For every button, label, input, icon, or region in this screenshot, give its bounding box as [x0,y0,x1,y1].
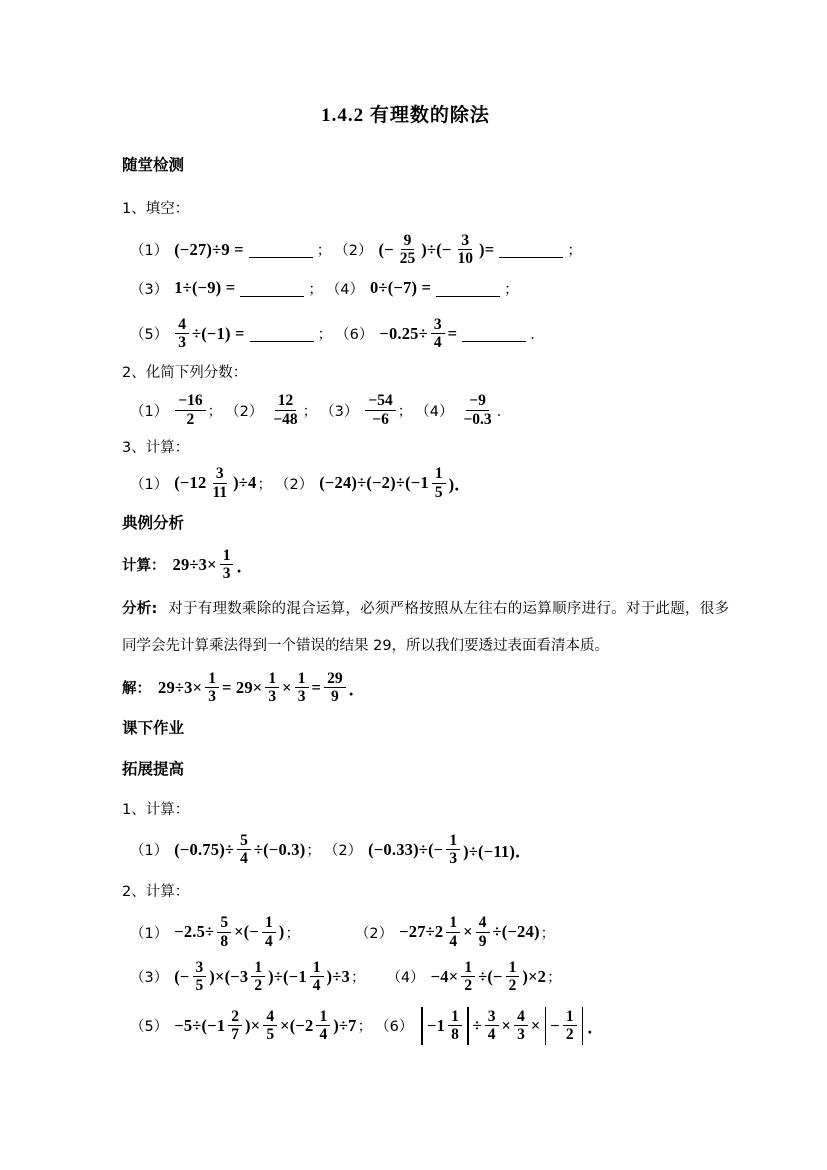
math-text: )× [245,1016,260,1036]
math-text: = 29× [222,678,262,698]
section-homework: 课下作业 [122,716,729,738]
q3-row-1: （1）(−12311)÷4；（2）(−24)÷(−2)÷(−115)． [122,465,729,501]
fraction-numerator: 1 [316,1008,330,1026]
text: ； [541,922,556,943]
fraction-denominator: 9 [328,688,342,705]
text: ； [208,400,223,421]
math-text: ． [236,553,253,577]
text: ； [547,966,562,987]
fraction: 12 [461,959,475,995]
fraction-denominator: 8 [448,1026,462,1043]
math-text: −0.25÷ [379,324,428,344]
q1-row-3: （5）43÷(−1) =；（6）−0.25÷34=． [122,316,729,352]
item-number: （3） [320,400,358,421]
hw2-row-1: （1）−2.5÷58×(−14)；（2）−27÷214×49÷(−24)； [122,914,729,950]
text: ； [308,278,323,299]
answer-blank [250,341,314,342]
fraction-numerator: 3 [458,232,472,250]
fraction-numerator: 1 [265,670,279,688]
item-number: （2） [225,400,263,421]
answer-blank [499,257,563,258]
item-number: （5） [130,1015,168,1036]
fraction-denominator: 4 [310,977,324,994]
fraction-numerator: 12 [275,392,297,410]
q3-label: 3、计算： [122,436,729,457]
fraction-denominator: 4 [485,1026,499,1043]
item-number: （2） [275,473,313,494]
item-number: （2） [324,839,362,860]
fraction-denominator: 3 [265,688,279,705]
math-text: 0÷(−7) = [370,278,431,298]
fraction: 13 [446,832,460,868]
fraction-denominator: 10 [455,250,477,267]
item-number: （5） [130,323,168,344]
fraction-numerator: 1 [432,465,446,483]
math-text: (−24)÷(−2)÷(−1 [319,473,429,493]
math-text: −5÷(−1 [174,1016,225,1036]
item-number: （3） [130,966,168,987]
math-text: )×(−3 [209,967,248,987]
fraction: 43 [175,316,189,352]
math-text: )÷(−11)． [463,838,532,862]
item-number: （1） [130,239,168,260]
fraction: 43 [514,1008,528,1044]
fraction-numerator: 3 [431,316,445,334]
fraction: 925 [397,232,419,268]
math-text: = [448,324,458,344]
math-text: ． [349,676,366,700]
absolute-value-bar [582,1007,584,1045]
absolute-value-bar [421,1007,423,1045]
fraction-numerator: 5 [217,914,231,932]
item-number: （6） [375,1015,413,1036]
text: ； [317,239,332,260]
fraction: 13 [220,547,234,583]
fraction-numerator: 1 [295,670,309,688]
fraction: 13 [205,670,219,706]
text: ； [351,966,366,987]
fraction-numerator: 29 [324,670,346,688]
example-solution: 解：29÷3×13= 29×13×13=299． [122,670,729,706]
hw1-row-1: （1）(−0.75)÷54÷(−0.3)；（2）(−0.33)÷(−13)÷(−… [122,832,729,868]
fraction-numerator: 3 [193,959,207,977]
math-text: ÷(−1) = [192,324,245,344]
fraction: 54 [237,832,251,868]
fraction: 27 [228,1008,242,1044]
fraction: 34 [431,316,445,352]
fraction-numerator: 9 [401,232,415,250]
math-text: ÷(−24) [493,922,540,942]
answer-blank [249,257,313,258]
fraction-denominator: 9 [476,933,490,950]
item-number: （1） [130,400,168,421]
fraction-numerator: −54 [365,392,395,410]
fraction-numerator: 3 [485,1008,499,1026]
example-analysis: 分析: 对于有理数乘除的混合运算，必须严格按照从左往右的运算顺序进行。对于此题，… [122,591,729,666]
item-number: （2） [334,239,372,260]
math-text: )÷7 [333,1016,356,1036]
item-number: （1） [130,839,168,860]
fraction: 45 [263,1008,277,1044]
fraction: 14 [310,959,324,995]
fraction: 13 [295,670,309,706]
fraction-denominator: 4 [237,850,251,867]
item-number: （6） [335,323,373,344]
fraction-denominator: −48 [270,411,300,428]
fraction-numerator: 1 [506,959,520,977]
fraction-denominator: 2 [506,977,520,994]
hw1-label: 1、计算： [122,798,729,819]
fraction-numerator: 1 [446,832,460,850]
fraction: −162 [175,392,205,428]
fraction-denominator: 4 [431,334,445,351]
fraction-denominator: 3 [205,688,219,705]
text: ； [358,1015,373,1036]
fraction-denominator: 5 [432,484,446,501]
answer-blank [240,296,304,297]
line-lead-label: 解： [122,677,151,698]
fraction-numerator: 1 [461,959,475,977]
fraction: −54−6 [365,392,395,428]
text: ． [530,323,545,344]
hw2-row-2: （3）(−35)×(−312)÷(−114)÷3；（4）−4×12÷(−12)×… [122,959,729,995]
example-problem: 计算：29÷3×13． [122,547,729,583]
math-text: )÷3 [327,967,350,987]
item-number: （4） [326,278,364,299]
fraction-denominator: 3 [514,1026,528,1043]
fraction-numerator: 3 [213,465,227,483]
fraction: 49 [476,914,490,950]
fraction-denominator: 3 [446,850,460,867]
fraction-numerator: 2 [228,1008,242,1026]
line-lead-label: 分析: [122,601,157,617]
math-text: × [282,678,292,698]
fraction-denominator: 3 [175,334,189,351]
fraction-numerator: 1 [262,914,276,932]
fraction: 18 [448,1008,462,1044]
fraction: 35 [193,959,207,995]
fraction: 14 [446,914,460,950]
math-text: )= [479,240,494,260]
math-text: −2.5÷ [174,922,214,942]
answer-blank [436,296,500,297]
fraction-numerator: −9 [466,392,489,410]
q2-label: 2、化简下列分数： [122,361,729,382]
math-text: 1÷(−9) = [174,278,235,298]
item-number: （2） [355,922,393,943]
fraction-denominator: 7 [228,1026,242,1043]
text: ； [567,239,582,260]
fraction: 299 [324,670,346,706]
q2-row-1: （1）−162；（2）12−48；（3）−54−6；（4）−9−0.3． [122,392,729,428]
math-text: )×2 [522,967,546,987]
document-content: 随堂检测1、填空：（1）(−27)÷9 =；（2）(−925)÷(−310)=；… [122,153,729,1045]
math-text: (−0.75)÷ [174,840,234,860]
math-text: × [531,1016,541,1036]
section-classwork: 随堂检测 [122,153,729,175]
math-text: (− [174,967,189,987]
math-text: 29÷3× [158,678,202,698]
math-text: ÷ [473,1016,482,1036]
fraction-numerator: 1 [251,959,265,977]
fraction-denominator: 4 [316,1026,330,1043]
fraction-numerator: 1 [446,914,460,932]
math-text: (−12 [174,473,206,493]
math-text: (− [379,240,394,260]
fraction-denominator: 8 [217,933,231,950]
item-number: （1） [130,922,168,943]
fraction: 12−48 [270,392,300,428]
fraction-denominator: −6 [369,411,392,428]
math-text: )÷(− [421,240,451,260]
math-text: ． [587,1014,604,1038]
math-text: 29÷3× [173,555,217,575]
fraction-numerator: 5 [237,832,251,850]
text: ； [398,400,413,421]
document-page: 1.4.2 有理数的除法 随堂检测1、填空：（1）(−27)÷9 =；（2）(−… [0,0,827,1170]
section-extension: 拓展提高 [122,757,729,779]
fraction-numerator: 1 [563,1008,577,1026]
math-text: = [312,678,322,698]
item-number: （1） [130,473,168,494]
answer-blank [462,341,526,342]
text: ； [504,278,519,299]
item-number: （4） [415,400,453,421]
math-text: ) [279,922,285,942]
math-text: − [550,1016,560,1036]
math-text: ×(− [234,922,259,942]
q1-label: 1、填空： [122,197,729,218]
fraction-denominator: 4 [446,933,460,950]
hw2-label: 2、计算： [122,880,729,901]
absolute-value-bar [545,1007,547,1045]
fraction: 12 [506,959,520,995]
fraction-denominator: 2 [251,977,265,994]
q1-row-1: （1）(−27)÷9 =；（2）(−925)÷(−310)=； [122,232,729,268]
fraction: 58 [217,914,231,950]
section-example: 典例分析 [122,511,729,533]
math-text: (−27)÷9 = [174,240,244,260]
fraction: −9−0.3 [460,392,494,428]
fraction: 14 [316,1008,330,1044]
text: ； [303,400,318,421]
fraction-denominator: 2 [563,1026,577,1043]
fraction: 310 [455,232,477,268]
math-text: × [463,922,473,942]
fraction: 13 [265,670,279,706]
math-text: −4× [431,967,459,987]
item-number: （4） [386,966,424,987]
math-text: ÷(−0.3) [254,840,305,860]
fraction: 14 [262,914,276,950]
fraction-denominator: 5 [193,977,207,994]
fraction-denominator: 25 [397,250,419,267]
hw2-row-3: （5）−5÷(−127)×45×(−214)÷7；（6）−118÷34×43×−… [122,1007,729,1045]
q1-row-2: （3）1÷(−9) =；（4）0÷(−7) =； [122,278,729,299]
text: ； [285,922,300,943]
math-text: −1 [427,1016,445,1036]
fraction-denominator: 4 [262,933,276,950]
math-text: × [502,1016,512,1036]
line-lead-label: 计算： [122,554,166,575]
fraction-numerator: 1 [220,547,234,565]
fraction: 311 [209,465,230,501]
math-text: (−0.33)÷(− [368,840,443,860]
math-text: ÷(− [478,967,503,987]
fraction-denominator: 3 [295,688,309,705]
math-text: ×(−2 [280,1016,313,1036]
math-text: )÷(−1 [268,967,307,987]
fraction-numerator: −16 [175,392,205,410]
fraction: 34 [485,1008,499,1044]
math-text: −27÷2 [399,922,443,942]
text: ； [258,473,273,494]
fraction-numerator: 1 [448,1008,462,1026]
text: ； [306,839,321,860]
fraction-numerator: 4 [476,914,490,932]
text: ； [318,323,333,344]
fraction-denominator: 3 [220,565,234,582]
absolute-value-bar [467,1007,469,1045]
fraction-denominator: 2 [461,977,475,994]
fraction-denominator: −0.3 [460,411,494,428]
fraction-numerator: 4 [263,1008,277,1026]
math-text: )． [449,471,471,495]
fraction-numerator: 1 [310,959,324,977]
text: 对于有理数乘除的混合运算，必须严格按照从左往右的运算顺序进行。对于此题，很多同学… [122,601,729,655]
fraction-denominator: 11 [209,484,230,501]
fraction-numerator: 4 [514,1008,528,1026]
fraction: 12 [251,959,265,995]
text: ． [497,400,512,421]
math-text: )÷4 [233,473,256,493]
page-title: 1.4.2 有理数的除法 [122,100,689,127]
fraction-numerator: 1 [205,670,219,688]
fraction-denominator: 5 [263,1026,277,1043]
fraction-denominator: 2 [184,411,198,428]
item-number: （3） [130,278,168,299]
fraction-numerator: 4 [175,316,189,334]
fraction: 12 [563,1008,577,1044]
fraction: 15 [432,465,446,501]
